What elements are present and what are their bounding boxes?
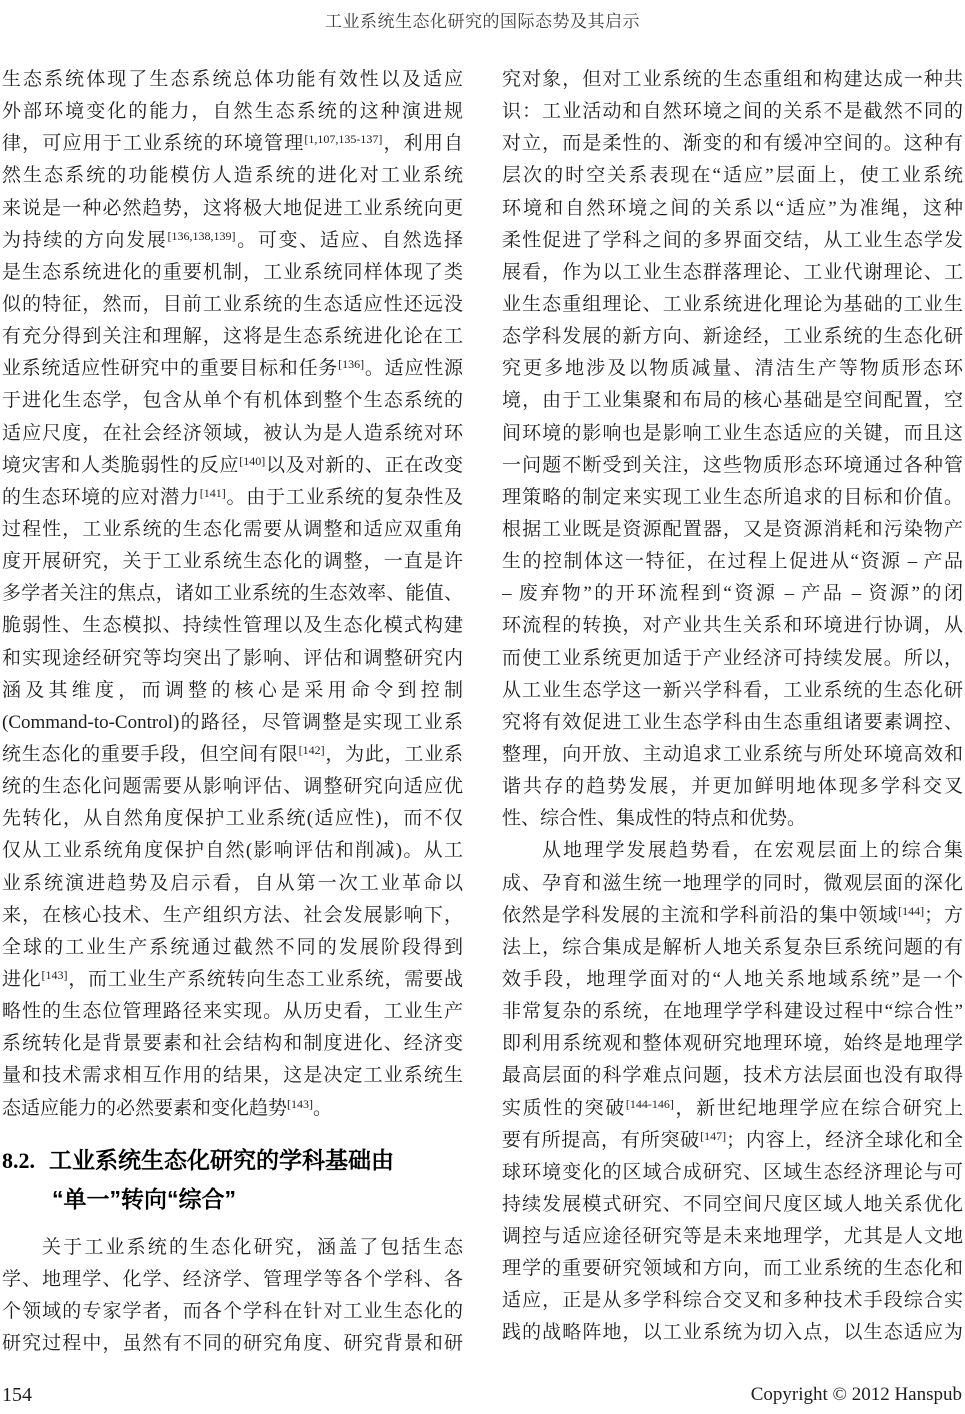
text-line: 一问题不断受到关注，这些物质形态环境通过各种管 xyxy=(502,450,963,482)
text-line: 而使工业系统更加适于产业经济可持续发展。所以， xyxy=(502,643,963,675)
text-line: 脆弱性、生态模拟、持续性管理以及生态化模式构建 xyxy=(2,610,463,642)
section-heading-line: “单一”转向“综合” xyxy=(2,1180,463,1218)
text-line: 持续发展模式研究、不同空间尺度区域人地关系优化 xyxy=(502,1189,963,1221)
text-line: 球环境变化的区域合成研究、区域生态经济理论与可 xyxy=(502,1157,963,1189)
text-line: 即利用系统观和整体观研究地理环境，始终是地理学 xyxy=(502,1028,963,1060)
text-line: 从工业生态学这一新兴学科看，工业系统的生态化研 xyxy=(502,675,963,707)
text-line: 业系统适应性研究中的重要目标和任务[136]。适应性源 xyxy=(2,353,463,385)
text-line: 环境和自然环境之间的关系以“适应”为准绳，这种 xyxy=(502,193,963,225)
text-line: 性、综合性、集成性的特点和优势。 xyxy=(502,803,963,835)
reference-marker: [136,138,139] xyxy=(167,229,235,243)
page-header: 工业系统生态化研究的国际态势及其启示 xyxy=(0,7,965,32)
text-line: 律，可应用于工业系统的环境管理[1,107,135-137]，利用自 xyxy=(2,128,463,160)
text-line: 涵及其维度，而调整的核心是采用命令到控制 xyxy=(2,675,463,707)
text-line: 个领域的专家学者，而各个学科在针对工业生态化的 xyxy=(2,1296,463,1328)
text-line: 究对象，但对工业系统的生态重组和构建达成一种共 xyxy=(502,64,963,96)
text-line: 适应，正是从多学科综合交叉和多种技术手段综合实 xyxy=(502,1285,963,1317)
text-line: 法上，综合集成是解析人地关系复杂巨系统问题的有 xyxy=(502,932,963,964)
text-line: 态适应能力的必然要素和变化趋势[143]。 xyxy=(2,1093,463,1125)
text-line: 进化[143]，而工业生产系统转向生态工业系统，需要战 xyxy=(2,964,463,996)
text-line: 然生态系统的功能模仿人造系统的进化对工业系统 xyxy=(2,160,463,192)
text-line: 仅从工业系统角度保护自然(影响评估和削减)。从工 xyxy=(2,835,463,867)
paragraph: 关于工业系统的生态化研究，涵盖了包括生态学、地理学、化学、经济学、管理学等各个学… xyxy=(2,1232,463,1361)
text-line: (Command-to-Control)的路径，尽管调整是实现工业系 xyxy=(2,707,463,739)
paragraph: 生态系统体现了生态系统总体功能有效性以及适应外部环境变化的能力，自然生态系统的这… xyxy=(2,64,463,1125)
section-heading-text: 工业系统生态化研究的学科基础由 xyxy=(49,1147,394,1173)
text-line: 是生态系统进化的重要机制，工业系统同样体现了类 xyxy=(2,257,463,289)
reference-marker: [142] xyxy=(299,743,325,757)
section-heading: 8.2.工业系统生态化研究的学科基础由“单一”转向“综合” xyxy=(2,1141,463,1218)
paragraph: 从地理学发展趋势看，在宏观层面上的综合集成、孕育和滋生统一地理学的同时，微观层面… xyxy=(502,835,963,1349)
text-line: 实质性的突破[144-146]，新世纪地理学应在综合研究上 xyxy=(502,1093,963,1125)
reference-marker: [1,107,135-137] xyxy=(304,132,382,146)
paragraph: 究对象，但对工业系统的生态重组和构建达成一种共识：工业活动和自然环境之间的关系不… xyxy=(502,64,963,835)
text-line: 来说是一种必然趋势，这将极大地促进工业系统向更 xyxy=(2,193,463,225)
text-line: 践的战略阵地，以工业系统为切入点，以生态适应为 xyxy=(502,1317,963,1349)
section-number: 8.2. xyxy=(2,1142,49,1180)
text-line: 根据工业既是资源配置器，又是资源消耗和污染物产 xyxy=(502,514,963,546)
reference-marker: [143] xyxy=(42,968,68,982)
text-line: 外部环境变化的能力，自然生态系统的这种演进规 xyxy=(2,96,463,128)
document-page: 工业系统生态化研究的国际态势及其启示 生态系统体现了生态系统总体功能有效性以及适… xyxy=(0,0,965,1414)
text-line: 效手段，地理学面对的“人地关系地域系统”是一个 xyxy=(502,964,963,996)
text-line: 成、孕育和滋生统一地理学的同时，微观层面的深化 xyxy=(502,868,963,900)
text-line: 度开展研究，关于工业系统生态化的调整，一直是许 xyxy=(2,546,463,578)
text-line: 关于工业系统的生态化研究，涵盖了包括生态 xyxy=(2,1232,463,1264)
section-heading-line: 8.2.工业系统生态化研究的学科基础由 xyxy=(2,1141,463,1180)
left-column: 生态系统体现了生态系统总体功能有效性以及适应外部环境变化的能力，自然生态系统的这… xyxy=(2,64,463,1360)
text-line: 究将有效促进工业生态学科由生态重组诸要素调控、 xyxy=(502,707,963,739)
text-line: 过程性，工业系统的生态化需要从调整和适应双重角 xyxy=(2,514,463,546)
right-column: 究对象，但对工业系统的生态重组和构建达成一种共识：工业活动和自然环境之间的关系不… xyxy=(502,64,963,1350)
reference-marker: [143] xyxy=(287,1097,313,1111)
copyright-notice: Copyright © 2012 Hanspub xyxy=(751,1384,962,1406)
text-line: 适应尺度，在社会经济领域，被认为是人造系统对环 xyxy=(2,418,463,450)
running-header-title: 工业系统生态化研究的国际态势及其启示 xyxy=(325,12,640,31)
reference-marker: [147] xyxy=(700,1129,726,1143)
text-line: 有充分得到关注和理解，这将是生态系统进化论在工 xyxy=(2,321,463,353)
text-line: 间环境的影响也是影响工业生态适应的关键，而且这 xyxy=(502,418,963,450)
text-line: 业系统演进趋势及启示看，自从第一次工业革命以 xyxy=(2,868,463,900)
text-line: 来，在核心技术、生产组织方法、社会发展影响下， xyxy=(2,900,463,932)
reference-marker: [140] xyxy=(239,454,265,468)
text-line: – 废弃物”的开环流程到“资源 – 产品 – 资源”的闭 xyxy=(502,578,963,610)
text-line: 非常复杂的系统，在地理学学科建设过程中“综合性” xyxy=(502,996,963,1028)
page-footer: 154 Copyright © 2012 Hanspub xyxy=(0,1384,965,1414)
text-line: 谐共存的趋势发展，并更加鲜明地体现多学科交叉 xyxy=(502,771,963,803)
text-line: 整理，向开放、主动追求工业系统与所处环境高效和 xyxy=(502,739,963,771)
text-line: 境灾害和人类脆弱性的反应[140]以及对新的、正在改变 xyxy=(2,450,463,482)
text-line: 先转化，从自然角度保护工业系统(适应性)，而不仅 xyxy=(2,803,463,835)
text-line: 要有所提高，有所突破[147]；内容上，经济全球化和全 xyxy=(502,1125,963,1157)
text-line: 理学的重要研究领域和方向，而工业系统的生态化和 xyxy=(502,1253,963,1285)
text-line: 统生态化的重要手段，但空间有限[142]，为此，工业系 xyxy=(2,739,463,771)
text-line: 柔性促进了学科之间的多界面交结，从工业生态学发 xyxy=(502,225,963,257)
text-line: 依然是学科发展的主流和学科前沿的集中领域[144]；方 xyxy=(502,900,963,932)
text-line: 生的控制体这一特征，在过程上促进从“资源 – 产品 xyxy=(502,546,963,578)
text-line: 从地理学发展趋势看，在宏观层面上的综合集 xyxy=(502,835,963,867)
reference-marker: [144] xyxy=(898,904,924,918)
text-line: 为持续的方向发展[136,138,139]。可变、适应、自然选择 xyxy=(2,225,463,257)
text-line: 业生态重组理论、工业系统进化理论为基础的工业生 xyxy=(502,289,963,321)
reference-marker: [141] xyxy=(200,486,226,500)
text-line: 调控与适应途径研究等是未来地理学，尤其是人文地 xyxy=(502,1221,963,1253)
page-number: 154 xyxy=(2,1384,32,1407)
text-line: 对立，而是柔性的、渐变的和有缓冲空间的。这种有 xyxy=(502,128,963,160)
text-line: 多学者关注的焦点，诸如工业系统的生态效率、能值、 xyxy=(2,578,463,610)
text-line: 学、地理学、化学、经济学、管理学等各个学科、各 xyxy=(2,1264,463,1296)
text-line: 统的生态化问题需要从影响评估、调整研究向适应优 xyxy=(2,771,463,803)
section-heading-text: “单一”转向“综合” xyxy=(52,1186,236,1212)
text-line: 最高层面的科学难点问题，技术方法层面也没有取得 xyxy=(502,1060,963,1092)
text-line: 理策略的制定来实现工业生态所追求的目标和价值。 xyxy=(502,482,963,514)
text-line: 全球的工业生产系统通过截然不同的发展阶段得到 xyxy=(2,932,463,964)
text-line: 于进化生态学，包含从单个有机体到整个生态系统的 xyxy=(2,385,463,417)
text-line: 的生态环境的应对潜力[141]。由于工业系统的复杂性及 xyxy=(2,482,463,514)
reference-marker: [136] xyxy=(338,357,364,371)
text-line: 生态系统体现了生态系统总体功能有效性以及适应 xyxy=(2,64,463,96)
text-line: 态学科发展的新方向、新途经，工业系统的生态化研 xyxy=(502,321,963,353)
text-line: 环流程的转换，对产业共生关系和环境进行协调，从 xyxy=(502,610,963,642)
text-line: 量和技术需求相互作用的结果，这是决定工业系统生 xyxy=(2,1060,463,1092)
text-line: 层次的时空关系表现在“适应”层面上，使工业系统 xyxy=(502,160,963,192)
text-line: 似的特征，然而，目前工业系统的生态适应性还远没 xyxy=(2,289,463,321)
reference-marker: [144-146] xyxy=(626,1097,674,1111)
text-line: 识：工业活动和自然环境之间的关系不是截然不同的 xyxy=(502,96,963,128)
text-line: 境，由于工业集聚和布局的核心基础是空间配置，空 xyxy=(502,385,963,417)
text-line: 究更多地涉及以物质减量、清洁生产等物质形态环 xyxy=(502,353,963,385)
text-line: 研究过程中，虽然有不同的研究角度、研究背景和研 xyxy=(2,1328,463,1360)
text-line: 略性的生态位管理路径来实现。从历史看，工业生产 xyxy=(2,996,463,1028)
text-line: 系统转化是背景要素和社会结构和制度进化、经济变 xyxy=(2,1028,463,1060)
text-line: 展看，作为以工业生态群落理论、工业代谢理论、工 xyxy=(502,257,963,289)
text-line: 和实现途经研究等均突出了影响、评估和调整研究内 xyxy=(2,643,463,675)
